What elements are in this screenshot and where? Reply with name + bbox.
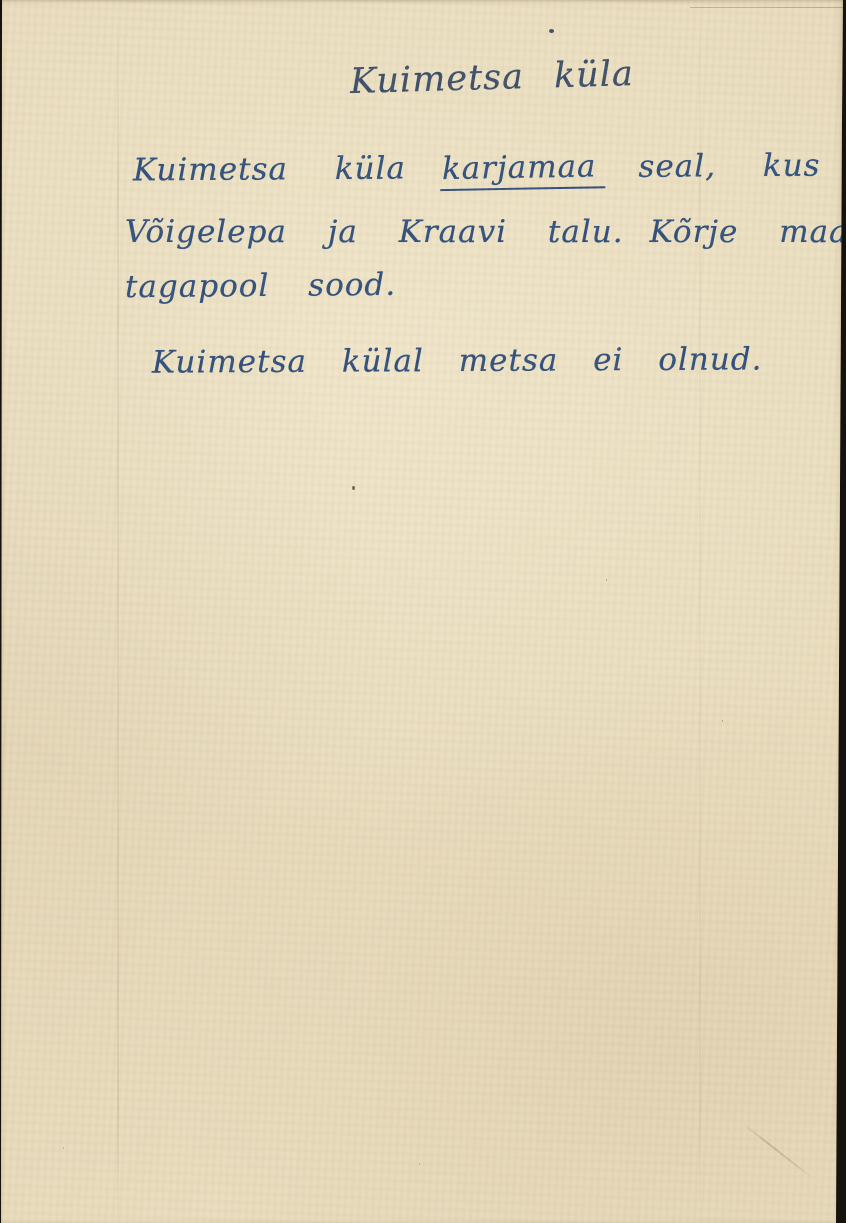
line-text: seal, kus bbox=[638, 148, 820, 185]
scanned-document-page: Kuimetsa küla Kuimetsa külakarjamaaseal,… bbox=[0, 0, 846, 1223]
paper-sheet: Kuimetsa küla Kuimetsa külakarjamaaseal,… bbox=[0, 0, 846, 1223]
handwritten-line: Kuimetsa külal metsa ei olnud. bbox=[152, 341, 763, 380]
paper-fold-line-left bbox=[117, 0, 119, 1223]
handwritten-line: Kuimetsa külakarjamaaseal, kus bbox=[133, 148, 821, 193]
paper-crease bbox=[741, 1122, 815, 1180]
line-text: Kuimetsa külal metsa ei olnud. bbox=[152, 341, 763, 380]
handwritten-line: Võigelepa ja Kraavi talu.Kõrje maa, bbox=[125, 214, 846, 250]
handwritten-line: tagapool sood. bbox=[125, 267, 396, 305]
line-text: tagapool sood. bbox=[125, 267, 396, 305]
underlined-word: karjamaa bbox=[440, 148, 605, 191]
line-text: Kuimetsa küla bbox=[133, 150, 406, 188]
paper-specks bbox=[352, 486, 355, 490]
stray-ink-dot bbox=[549, 29, 554, 33]
line-text: Kõrje maa, bbox=[650, 214, 846, 250]
paper-edge-shadow bbox=[690, 7, 846, 8]
line-text: Võigelepa ja Kraavi talu. bbox=[125, 214, 624, 250]
note-title: Kuimetsa küla bbox=[349, 54, 634, 102]
